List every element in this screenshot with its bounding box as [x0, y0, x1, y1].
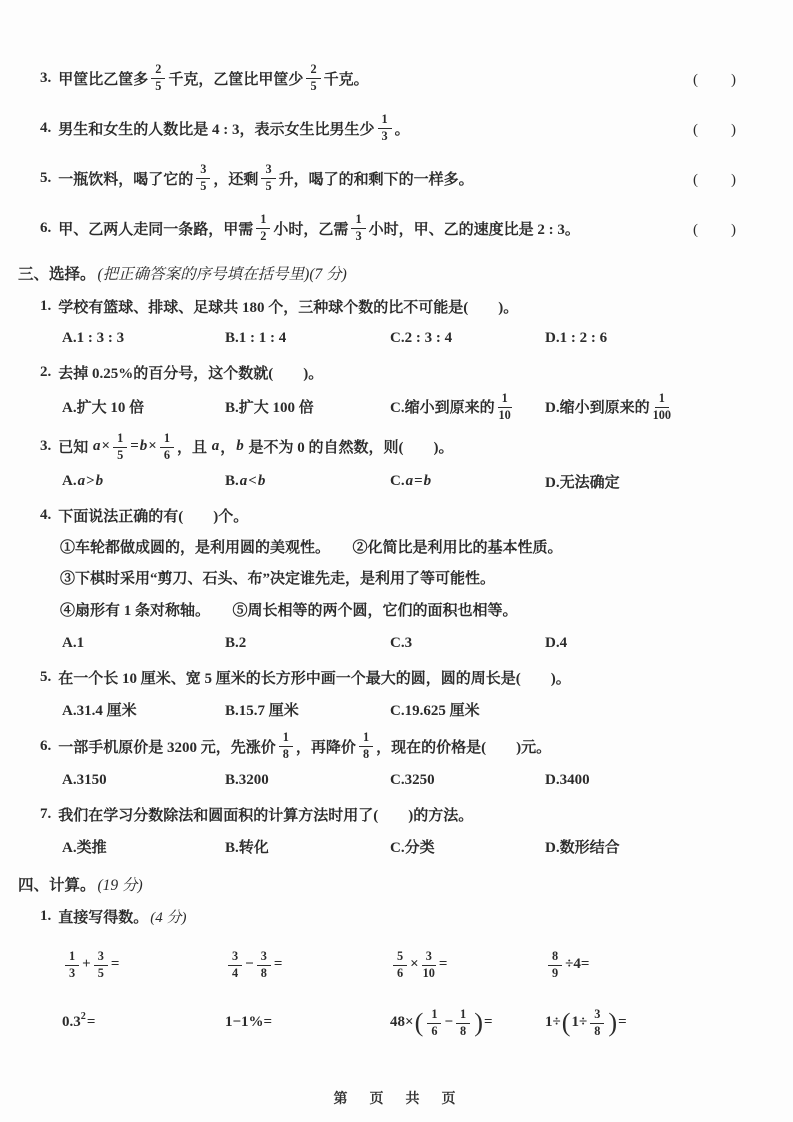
fraction: 35	[261, 163, 275, 193]
text-run: B.15.7 厘米	[225, 699, 299, 720]
options-row: A.3150B.3200C.3250D.3400	[62, 769, 737, 793]
statement-line: ④扇形有 1 条对称轴。 ⑤周长相等的两个圆，它们的面积也相等。	[60, 600, 737, 623]
text-run: =	[111, 956, 120, 973]
text-run: ，且	[177, 436, 211, 457]
option-item: C.19.625 厘米	[390, 697, 545, 721]
option-item: C.缩小到原来的110	[390, 392, 545, 422]
text-run: 一部手机原价是 3200 元，先涨价	[58, 736, 276, 757]
option-item: C.a=b	[390, 470, 545, 494]
fraction-denominator: 3	[69, 966, 75, 980]
fraction: 18	[359, 731, 373, 761]
fraction-denominator: 5	[310, 79, 316, 93]
fraction: 34	[228, 950, 242, 980]
text-run: 1−1%=	[225, 1014, 272, 1031]
question-line: 4.下面说法正确的有( )个。	[40, 504, 737, 528]
text-run: ，还剩	[213, 168, 258, 189]
text-run: 我们在学习分数除法和圆面积的计算方法时用了( )的方法。	[58, 804, 473, 825]
question-number: 5.	[40, 669, 51, 686]
section-header: 三、选择。(把正确答案的序号填在括号里)(7 分)	[18, 262, 737, 284]
fraction-numerator: 3	[261, 163, 275, 179]
score-note: (19 分)	[98, 877, 143, 894]
question-number: 3.	[40, 438, 51, 455]
fraction: 13	[378, 113, 392, 143]
text-run: D.无法确定	[545, 471, 620, 492]
text-run: 0.3	[62, 1014, 81, 1031]
text-run: 1÷	[571, 1014, 587, 1031]
calc-expression: 1÷(1÷38)=	[545, 1003, 737, 1043]
section-header: 四、计算。(19 分)	[18, 873, 737, 895]
fraction-numerator: 3	[257, 950, 271, 966]
text-run: 在一个长 10 厘米、宽 5 厘米的长方形中画一个最大的圆，圆的周长是( )。	[58, 667, 571, 688]
option-item: D.4	[545, 631, 737, 655]
text-run: 48×	[390, 1014, 414, 1031]
text-run: B.扩大 100 倍	[225, 396, 314, 417]
score-note: (4 分)	[150, 906, 186, 927]
text-run: =	[439, 956, 448, 973]
options-row: A.a>bB.a<bC.a=bD.无法确定	[62, 470, 737, 494]
fraction: 18	[279, 731, 293, 761]
fraction-numerator: 1	[279, 731, 293, 747]
text-run: 小时，甲、乙的速度比是 2 : 3。	[369, 218, 580, 239]
text-run: ④扇形有 1 条对称轴。 ⑤周长相等的两个圆，它们的面积也相等。	[60, 603, 518, 619]
text-run: ×	[410, 956, 419, 973]
calc-expression: 0.32=	[62, 1003, 225, 1043]
option-item: B.a<b	[225, 470, 390, 494]
options-row: A.31.4 厘米B.15.7 厘米C.19.625 厘米	[62, 697, 737, 721]
calc-expression: 56×310=	[390, 945, 545, 985]
fraction-denominator: 9	[552, 966, 558, 980]
text-run: 男生和女生的人数比是 4 : 3，表示女生比男生少	[58, 118, 374, 139]
fraction-numerator: 1	[427, 1008, 441, 1024]
fraction-numerator: 8	[548, 950, 562, 966]
option-item: C.3250	[390, 769, 545, 793]
open-paren-icon: (	[415, 1010, 424, 1036]
fraction: 35	[196, 163, 210, 193]
true-false-item: 6.甲、乙两人走同一条路，甲需12小时，乙需13小时，甲、乙的速度比是 2 : …	[40, 208, 737, 248]
question-number: 1.	[40, 298, 51, 315]
fraction: 310	[422, 950, 436, 980]
text-run: 甲、乙两人走同一条路，甲需	[58, 218, 253, 239]
options-row: A.1 : 3 : 3B.1 : 1 : 4C.2 : 3 : 4D.1 : 2…	[62, 326, 737, 350]
question-number: 6.	[40, 738, 51, 755]
text-run: =	[618, 1014, 627, 1031]
math-variable: b	[236, 438, 244, 455]
calc-expression: 89÷4=	[545, 945, 737, 985]
math-variable: a	[212, 438, 220, 455]
math-variable: a	[240, 473, 248, 490]
text-run: D.3400	[545, 772, 590, 789]
text-run: −	[245, 956, 254, 973]
calc-expression: 48×(16−18)=	[390, 1003, 545, 1043]
text-run: ，	[220, 436, 235, 457]
fraction-numerator: 3	[196, 163, 210, 179]
answer-bracket: ( )	[693, 218, 737, 239]
math-variable: a	[406, 473, 414, 490]
text-run: 千克，乙筐比甲筐少	[168, 68, 303, 89]
text-run: B.1 : 1 : 4	[225, 330, 286, 347]
fraction-numerator: 1	[498, 392, 512, 408]
text-run: =	[130, 438, 139, 455]
fraction-denominator: 3	[382, 129, 388, 143]
fraction: 35	[94, 950, 108, 980]
text-run: D.4	[545, 635, 567, 652]
text-run: =	[274, 956, 283, 973]
option-item: D.无法确定	[545, 470, 737, 494]
option-item: B.2	[225, 631, 390, 655]
fraction: 13	[351, 213, 365, 243]
true-false-item: 5.一瓶饮料，喝了它的35，还剩35升，喝了的和剩下的一样多。( )	[40, 158, 737, 198]
text-run: A.扩大 10 倍	[62, 396, 144, 417]
option-item: A.31.4 厘米	[62, 697, 225, 721]
fraction-numerator: 1	[256, 213, 270, 229]
options-row: A.扩大 10 倍B.扩大 100 倍C.缩小到原来的110D.缩小到原来的11…	[62, 392, 737, 422]
fraction-numerator: 3	[94, 950, 108, 966]
option-item: C.3	[390, 631, 545, 655]
option-item: B.1 : 1 : 4	[225, 326, 390, 350]
fraction-denominator: 3	[355, 229, 361, 243]
close-paren-icon: )	[608, 1010, 617, 1036]
fraction-denominator: 5	[117, 448, 123, 462]
text-run: C.缩小到原来的	[390, 396, 495, 417]
calc-expression: 13+35=	[62, 945, 225, 985]
fraction-denominator: 2	[260, 229, 266, 243]
fraction-numerator: 1	[655, 392, 669, 408]
question-line: 7.我们在学习分数除法和圆面积的计算方法时用了( )的方法。	[40, 803, 737, 827]
question-line: 1.直接写得数。(4 分)	[40, 905, 737, 929]
option-item: D.1 : 2 : 6	[545, 326, 737, 350]
math-variable: a	[78, 473, 86, 490]
worksheet-page: 3.甲筐比乙筐多25千克，乙筐比甲筐少25千克。( )4.男生和女生的人数比是 …	[0, 0, 793, 1122]
text-run: ÷4=	[565, 956, 589, 973]
calc-row: 13+35=34−38=56×310=89÷4=	[62, 945, 737, 985]
fraction-numerator: 5	[393, 950, 407, 966]
fraction-denominator: 8	[363, 747, 369, 761]
text-run: A.	[62, 473, 77, 490]
question-line: 1.学校有篮球、排球、足球共 180 个，三种球个数的比不可能是( )。	[40, 294, 737, 318]
fraction-numerator: 1	[65, 950, 79, 966]
fraction-denominator: 8	[460, 1024, 466, 1038]
fraction-denominator: 10	[499, 408, 511, 422]
text-run: C.19.625 厘米	[390, 699, 480, 720]
question-line: 5.在一个长 10 厘米、宽 5 厘米的长方形中画一个最大的圆，圆的周长是( )…	[40, 665, 737, 689]
options-row: A.1B.2C.3D.4	[62, 631, 737, 655]
text-run: >	[86, 473, 95, 490]
statement-line: ③下棋时采用“剪刀、石头、布”决定谁先走，是利用了等可能性。	[60, 568, 737, 591]
text-run: 下面说法正确的有( )个。	[58, 505, 248, 526]
fraction-numerator: 2	[151, 63, 165, 79]
fraction-numerator: 1	[456, 1008, 470, 1024]
fraction-numerator: 3	[228, 950, 242, 966]
text-run: C.分类	[390, 836, 435, 857]
fraction-numerator: 3	[422, 950, 436, 966]
text-run: 一瓶饮料，喝了它的	[58, 168, 193, 189]
fraction: 12	[256, 213, 270, 243]
text-run: −	[444, 1014, 453, 1031]
text-run: <	[248, 473, 257, 490]
option-item: C.分类	[390, 835, 545, 859]
text-run: C.	[390, 473, 405, 490]
question-number: 1.	[40, 908, 51, 925]
text-run: B.	[225, 473, 239, 490]
question-line: 2.去掉 0.25%的百分号，这个数就( )。	[40, 360, 737, 384]
option-item: A.a>b	[62, 470, 225, 494]
true-false-item: 3.甲筐比乙筐多25千克，乙筐比甲筐少25千克。( )	[40, 58, 737, 98]
fraction-denominator: 8	[261, 966, 267, 980]
option-item: B.15.7 厘米	[225, 697, 390, 721]
true-false-item: 4.男生和女生的人数比是 4 : 3，表示女生比男生少13。( )	[40, 108, 737, 148]
fraction-numerator: 2	[306, 63, 320, 79]
text-run: 甲筐比乙筐多	[58, 68, 148, 89]
text-run: D.缩小到原来的	[545, 396, 650, 417]
fraction: 18	[456, 1008, 470, 1038]
text-run: C.3	[390, 635, 412, 652]
statement-line: ①车轮都做成圆的，是利用圆的美观性。 ②化简比是利用比的基本性质。	[60, 537, 737, 560]
option-item: B.转化	[225, 835, 390, 859]
fraction-denominator: 5	[265, 179, 271, 193]
fraction: 25	[151, 63, 165, 93]
worksheet-content: 3.甲筐比乙筐多25千克，乙筐比甲筐少25千克。( )4.男生和女生的人数比是 …	[18, 58, 737, 1043]
fraction-denominator: 8	[594, 1024, 600, 1038]
open-paren-icon: (	[562, 1010, 571, 1036]
fraction: 16	[160, 432, 174, 462]
fraction: 56	[393, 950, 407, 980]
text-run: A.1 : 3 : 3	[62, 330, 124, 347]
option-item: D.缩小到原来的1100	[545, 392, 737, 422]
options-row: A.类推B.转化C.分类D.数形结合	[62, 835, 737, 859]
text-run: A.类推	[62, 836, 107, 857]
text-run: B.3200	[225, 772, 269, 789]
text-run: 是不为 0 的自然数，则( )。	[245, 436, 454, 457]
fraction-numerator: 3	[590, 1008, 604, 1024]
fraction-numerator: 1	[359, 731, 373, 747]
text-run: 学校有篮球、排球、足球共 180 个，三种球个数的比不可能是( )。	[58, 296, 518, 317]
score-note: (把正确答案的序号填在括号里)(7 分)	[98, 266, 347, 283]
answer-bracket: ( )	[693, 118, 737, 139]
math-variable: b	[96, 473, 104, 490]
fraction-denominator: 6	[431, 1024, 437, 1038]
fraction: 15	[113, 432, 127, 462]
fraction-denominator: 100	[653, 408, 671, 422]
option-item: A.类推	[62, 835, 225, 859]
text-run: 去掉 0.25%的百分号，这个数就( )。	[58, 362, 323, 383]
question-number: 4.	[40, 507, 51, 524]
text-run: B.2	[225, 635, 246, 652]
superscript: 2	[81, 1011, 86, 1022]
text-run: A.3150	[62, 772, 107, 789]
text-run: C.3250	[390, 772, 435, 789]
text-run: 1÷	[545, 1014, 561, 1031]
option-item: A.扩大 10 倍	[62, 392, 225, 422]
text-run: ①车轮都做成圆的，是利用圆的美观性。 ②化简比是利用比的基本性质。	[60, 540, 563, 556]
text-run: ，现在的价格是( )元。	[376, 736, 551, 757]
text-run: A.31.4 厘米	[62, 699, 137, 720]
text-run: ③下棋时采用“剪刀、石头、布”决定谁先走，是利用了等可能性。	[60, 571, 495, 587]
text-run: 小时，乙需	[273, 218, 348, 239]
answer-bracket: ( )	[693, 68, 737, 89]
option-item: A.1 : 3 : 3	[62, 326, 225, 350]
text-run: 已知	[58, 436, 92, 457]
math-variable: a	[93, 438, 101, 455]
fraction-denominator: 10	[423, 966, 435, 980]
text-run: B.转化	[225, 836, 269, 857]
fraction-denominator: 4	[232, 966, 238, 980]
text-run: ，再降价	[296, 736, 356, 757]
math-variable: b	[258, 473, 266, 490]
question-line: 6.一部手机原价是 3200 元，先涨价18，再降价18，现在的价格是( )元。	[40, 731, 737, 761]
header-title: 四、计算。	[18, 877, 96, 894]
option-item: A.1	[62, 631, 225, 655]
item-number: 4.	[40, 120, 51, 137]
calc-expression: 1−1%=	[225, 1003, 390, 1043]
close-paren-icon: )	[474, 1010, 483, 1036]
fraction: 110	[498, 392, 512, 422]
option-item: B.扩大 100 倍	[225, 392, 390, 422]
text-run: +	[82, 956, 91, 973]
fraction: 13	[65, 950, 79, 980]
item-number: 6.	[40, 220, 51, 237]
fraction: 89	[548, 950, 562, 980]
question-number: 7.	[40, 806, 51, 823]
math-variable: b	[140, 438, 148, 455]
fraction-denominator: 5	[155, 79, 161, 93]
fraction: 25	[306, 63, 320, 93]
fraction: 16	[427, 1008, 441, 1038]
option-item: D.数形结合	[545, 835, 737, 859]
text-run: C.2 : 3 : 4	[390, 330, 452, 347]
text-run: =	[484, 1014, 493, 1031]
text-run: 千克。	[324, 68, 369, 89]
math-variable: b	[424, 473, 432, 490]
answer-bracket: ( )	[693, 168, 737, 189]
calc-row: 0.32=1−1%=48×(16−18)=1÷(1÷38)=	[62, 1003, 737, 1043]
text-run: D.数形结合	[545, 836, 620, 857]
fraction-numerator: 1	[113, 432, 127, 448]
fraction-denominator: 5	[200, 179, 206, 193]
option-item: D.3400	[545, 769, 737, 793]
fraction-denominator: 6	[397, 966, 403, 980]
fraction-denominator: 5	[98, 966, 104, 980]
item-number: 5.	[40, 170, 51, 187]
fraction: 1100	[653, 392, 671, 422]
option-item: B.3200	[225, 769, 390, 793]
question-line: 3.已知 a×15=b×16，且 a，b 是不为 0 的自然数，则( )。	[40, 432, 737, 462]
fraction: 38	[257, 950, 271, 980]
page-footer: 第 页 共 页	[0, 1088, 793, 1108]
fraction: 38	[590, 1008, 604, 1038]
text-run: ×	[148, 438, 157, 455]
text-run: 。	[395, 118, 410, 139]
fraction-numerator: 1	[160, 432, 174, 448]
fraction-denominator: 8	[283, 747, 289, 761]
calc-expression: 34−38=	[225, 945, 390, 985]
option-item: C.2 : 3 : 4	[390, 326, 545, 350]
text-run: 直接写得数。	[58, 906, 148, 927]
question-number: 2.	[40, 364, 51, 381]
header-title: 三、选择。	[18, 266, 96, 283]
fraction-numerator: 1	[351, 213, 365, 229]
text-run: =	[414, 473, 423, 490]
text-run: A.1	[62, 635, 84, 652]
fraction-denominator: 6	[164, 448, 170, 462]
item-number: 3.	[40, 70, 51, 87]
text-run: =	[87, 1014, 96, 1031]
option-item: A.3150	[62, 769, 225, 793]
text-run: 升，喝了的和剩下的一样多。	[279, 168, 474, 189]
fraction-numerator: 1	[378, 113, 392, 129]
text-run: ×	[102, 438, 111, 455]
text-run: D.1 : 2 : 6	[545, 330, 607, 347]
